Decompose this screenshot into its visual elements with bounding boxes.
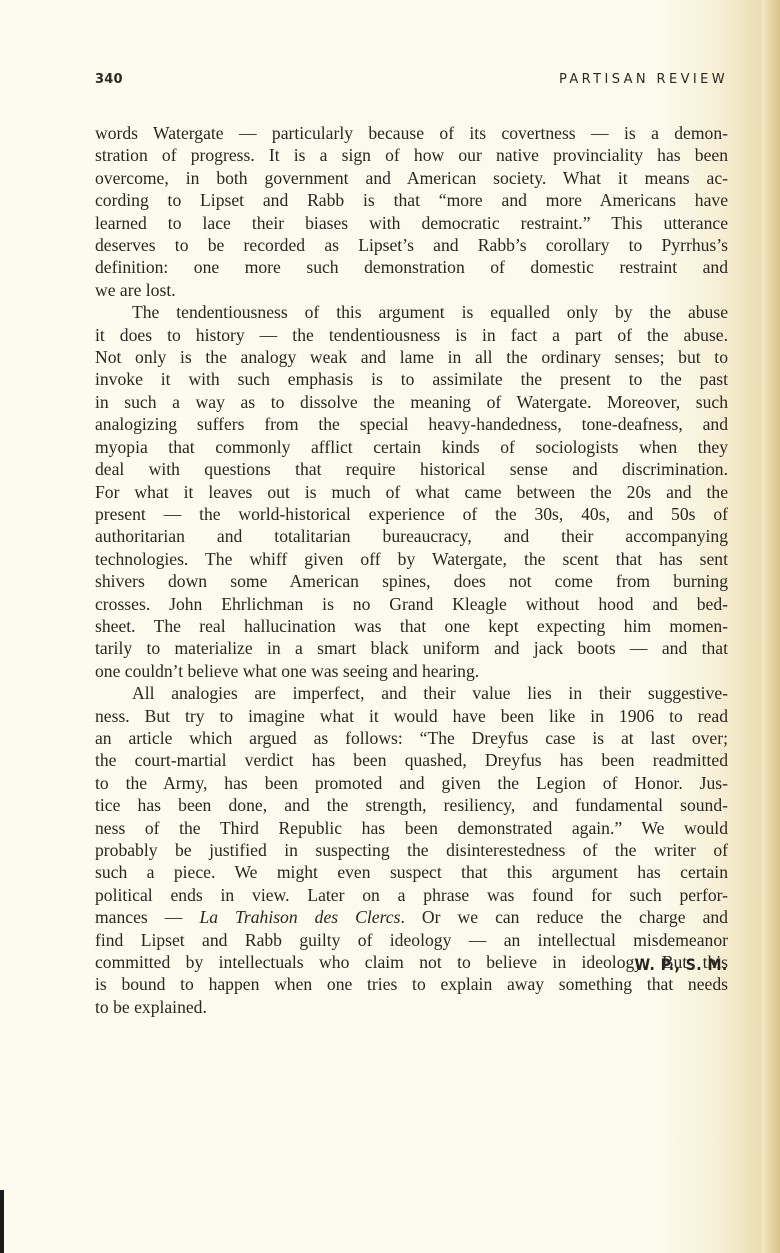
text-line: one couldn’t believe what one was seeing…	[95, 660, 728, 682]
paragraph-3: All analogies are imperfect, and their v…	[95, 682, 728, 1018]
text-line: authoritarian and totalitarian bureaucra…	[95, 525, 728, 547]
article-body: words Watergate — particularly because o…	[95, 122, 728, 1018]
running-head: 340 PARTISAN REVIEW	[95, 72, 728, 92]
text-line: the court-martial verdict has been quash…	[95, 749, 728, 771]
text-line: ness of the Third Republic has been demo…	[95, 817, 728, 839]
text-line-with-italic: mances — La Trahison des Clercs. Or we c…	[95, 906, 728, 928]
text-line: technologies. The whiff given off by Wat…	[95, 548, 728, 570]
text-line: cording to Lipset and Rabb is that “more…	[95, 189, 728, 211]
page-number: 340	[95, 72, 123, 87]
text-line: For what it leaves out is much of what c…	[95, 481, 728, 503]
text-line: myopia that commonly afflict certain kin…	[95, 436, 728, 458]
text-line: overcome, in both government and America…	[95, 167, 728, 189]
text-line: such a piece. We might even suspect that…	[95, 861, 728, 883]
author-signature: W. P., S. M.	[635, 955, 728, 974]
text-line: deal with questions that require histori…	[95, 458, 728, 480]
text-fragment: mances —	[95, 907, 199, 927]
text-line: tarily to materialize in a smart black u…	[95, 637, 728, 659]
text-line: tice has been done, and the strength, re…	[95, 794, 728, 816]
text-line: is bound to happen when one tries to exp…	[95, 973, 728, 995]
text-line: learned to lace their biases with democr…	[95, 212, 728, 234]
text-line: to the Army, has been promoted and given…	[95, 772, 728, 794]
text-line: sheet. The real hallucination was that o…	[95, 615, 728, 637]
text-fragment: . Or we can reduce the charge and	[400, 907, 728, 927]
text-line: we are lost.	[95, 279, 728, 301]
text-line: All analogies are imperfect, and their v…	[95, 682, 728, 704]
scan-border	[0, 1190, 4, 1253]
text-line: political ends in view. Later on a phras…	[95, 884, 728, 906]
text-line: shivers down some American spines, does …	[95, 570, 728, 592]
text-line: analogizing suffers from the special hea…	[95, 413, 728, 435]
text-line: crosses. John Ehrlichman is no Grand Kle…	[95, 593, 728, 615]
text-line: ness. But try to imagine what it would h…	[95, 705, 728, 727]
text-line: committed by intellectuals who claim not…	[95, 951, 728, 973]
text-line: find Lipset and Rabb guilty of ideology …	[95, 929, 728, 951]
text-line: an article which argued as follows: “The…	[95, 727, 728, 749]
page-edge-shadow	[762, 0, 780, 1253]
paragraph-1: words Watergate — particularly because o…	[95, 122, 728, 301]
text-line: definition: one more such demonstration …	[95, 256, 728, 278]
text-line: invoke it with such emphasis is to assim…	[95, 368, 728, 390]
italic-title: La Trahison des Clercs	[199, 907, 400, 927]
text-line: stration of progress. It is a sign of ho…	[95, 144, 728, 166]
text-line: it does to history — the tendentiousness…	[95, 324, 728, 346]
journal-title: PARTISAN REVIEW	[559, 72, 728, 87]
text-line: words Watergate — particularly because o…	[95, 122, 728, 144]
text-line: present — the world-historical experienc…	[95, 503, 728, 525]
text-line: in such a way as to dissolve the meaning…	[95, 391, 728, 413]
text-line: probably be justified in suspecting the …	[95, 839, 728, 861]
scanned-page: 340 PARTISAN REVIEW words Watergate — pa…	[0, 0, 780, 1253]
text-line: The tendentiousness of this argument is …	[95, 301, 728, 323]
text-line: to be explained.	[95, 996, 728, 1018]
text-line: deserves to be recorded as Lipset’s and …	[95, 234, 728, 256]
text-line: Not only is the analogy weak and lame in…	[95, 346, 728, 368]
paragraph-2: The tendentiousness of this argument is …	[95, 301, 728, 682]
